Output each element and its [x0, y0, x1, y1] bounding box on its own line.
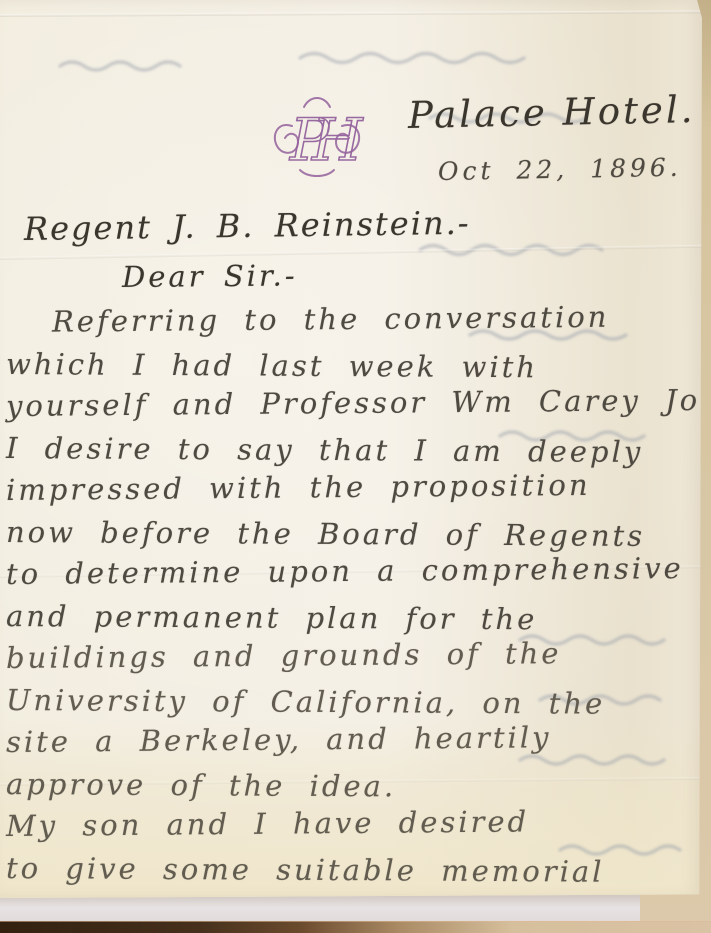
palace-hotel-monogram-icon: P H [264, 90, 370, 184]
body-line: My son and I have desired [6, 799, 698, 847]
date-line: Oct 22, 1896. [438, 153, 682, 186]
table-surface [0, 921, 711, 933]
letter-body: Referring to the conversation which I ha… [6, 301, 698, 889]
body-line: yourself and Professor Wm Carey Jones, [6, 379, 698, 427]
body-line: site a Berkeley, and heartily [6, 715, 698, 763]
body-line: Referring to the conversation [6, 295, 698, 343]
letterhead-text: Palace Hotel. [408, 88, 696, 137]
recipient-line: Regent J. B. Reinstein.- [24, 204, 471, 248]
letter-photograph: P H Palace Hotel. Oct 22, 1896. Regent J… [0, 0, 711, 933]
salutation-line: Dear Sir.- [122, 258, 298, 294]
body-line: impressed with the proposition [6, 463, 698, 511]
body-line: buildings and grounds of the [6, 631, 698, 679]
fold-crease [0, 10, 702, 17]
paper-sheet: P H Palace Hotel. Oct 22, 1896. Regent J… [0, 0, 702, 898]
monogram-letter: H [311, 106, 364, 174]
body-line: to determine upon a comprehensive [6, 547, 698, 595]
body-line: to give some suitable memorial [6, 847, 698, 893]
fold-crease [0, 245, 702, 260]
